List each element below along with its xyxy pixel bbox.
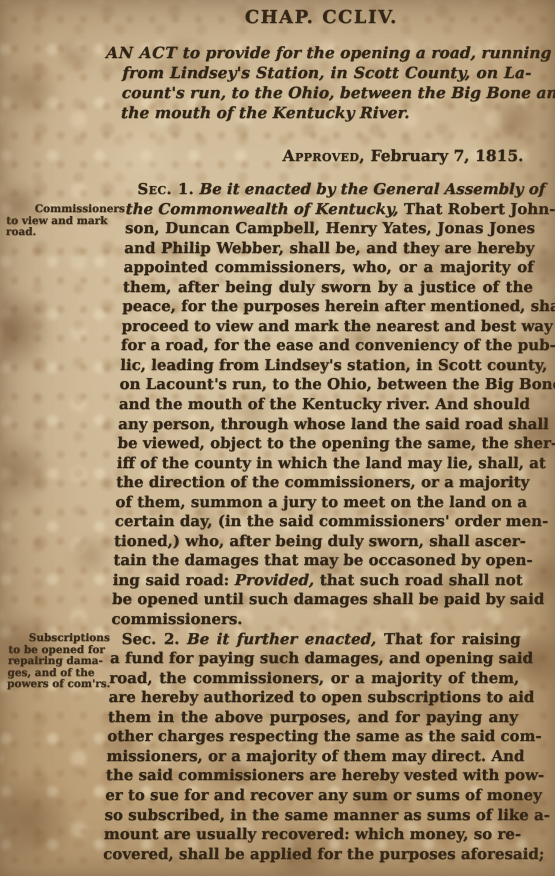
text-line: tain the damages that may be occasoned b…	[113, 551, 524, 571]
text-line: covered, shall be applied for the purpos…	[103, 845, 514, 865]
text-line: the mouth of the Kentucky River.	[104, 103, 531, 123]
text-line: Approved, February 7, 1815.	[127, 146, 524, 165]
text-line: count's run, to the Ohio, between the Bi…	[104, 83, 531, 103]
text-segment: commissioners.	[111, 610, 243, 628]
text-segment: Approved,	[282, 146, 365, 165]
text-line: the said commissioners are hereby vested…	[106, 766, 517, 786]
text-line: the direction of the commissioners, or a…	[116, 473, 527, 493]
text-line: and the mouth of the Kentucky river. And…	[119, 395, 530, 415]
text-segment: ing said road:	[112, 571, 235, 589]
chapter-heading: CHAP. CCLIV.	[109, 7, 534, 28]
text-line: mount are usually recovered: which money…	[104, 825, 515, 845]
text-line: powers of com'rs.	[7, 679, 121, 691]
scanned-book-page: CHAP. CCLIV. AN ACT to provide for the o…	[0, 0, 555, 876]
text-line: peace, for the purposes herein after men…	[122, 297, 533, 317]
text-line: them, after being duly sworn by a justic…	[123, 278, 534, 298]
text-segment: the mouth of the Kentucky River.	[121, 103, 410, 122]
text-line: other charges respecting the same as the…	[107, 727, 518, 747]
text-segment: Provided,	[235, 571, 315, 589]
text-line: any person, through whose land the said …	[118, 415, 529, 435]
text-line: Subscriptions	[8, 633, 122, 645]
text-line: them in the above purposes, and for payi…	[108, 708, 519, 728]
margin-note-commissioners: Commissionersto view and markroad.	[6, 204, 135, 239]
text-line: be viewed, object to the opening the sam…	[117, 434, 528, 454]
text-segment: That Robert John-	[398, 200, 555, 218]
text-line: proceed to view and mark the nearest and…	[121, 317, 532, 337]
text-segment: Be it further enacted,	[187, 630, 377, 648]
text-segment: Sec. 2.	[121, 630, 187, 648]
text-line: ing said road: Provided, that such road …	[112, 571, 523, 591]
text-line: missioners, or a majority of them may di…	[106, 747, 517, 767]
text-line: on Lacount's run, to the Ohio, between t…	[119, 375, 530, 395]
text-line: are hereby authorized to open subscripti…	[108, 688, 519, 708]
text-line: and Philip Webber, shall be, and they ar…	[124, 239, 535, 259]
text-line: from Lindsey's Station, in Scott County,…	[105, 63, 532, 83]
text-line: for a road, for the ease and conveniency…	[121, 336, 532, 356]
text-line: commissioners.	[111, 610, 522, 630]
text-segment: February 7, 1815.	[365, 146, 524, 165]
text-segment: the Commonwealth of Kentucky,	[125, 200, 398, 218]
text-line: appointed commissioners, who, or a major…	[123, 258, 534, 278]
text-line: Sec. 1. Be it enacted by the General Ass…	[126, 180, 537, 200]
text-line: Sec. 2. Be it further enacted, That for …	[110, 630, 521, 650]
text-line: certain day, (in the said commissioners'…	[114, 512, 525, 532]
text-line: lic, leading from Lindsey's station, in …	[120, 356, 531, 376]
text-line: road, the commissioners, or a majority o…	[109, 669, 520, 689]
text-line: so subscribed, in the same manner as sum…	[104, 806, 515, 826]
approval-line: Approved, February 7, 1815.	[127, 146, 524, 165]
text-segment: AN ACT	[106, 43, 178, 62]
text-segment: Be it enacted by the General Assembly of	[199, 180, 545, 198]
text-segment: to provide for the opening a road, runni…	[177, 43, 552, 62]
text-line: AN ACT to provide for the opening a road…	[106, 43, 533, 63]
text-line: of them, summon a jury to meet on the la…	[115, 493, 526, 513]
text-line: be opened until such damages shall be pa…	[112, 590, 523, 610]
text-segment: covered, shall be applied for the purpos…	[103, 845, 545, 863]
text-segment: That for raising	[376, 630, 521, 648]
text-line: son, Duncan Campbell, Henry Yates, Jonas…	[125, 219, 536, 239]
page-content: CHAP. CCLIV. AN ACT to provide for the o…	[0, 0, 555, 876]
text-line: iff of the county in which the land may …	[116, 454, 527, 474]
text-line: road.	[6, 227, 134, 239]
margin-note-subscriptions: Subscriptionsto be opened forrepairing d…	[7, 633, 123, 691]
act-body-text: Sec. 1. Be it enacted by the General Ass…	[103, 180, 537, 864]
text-line: a fund for paying such damages, and open…	[110, 649, 521, 669]
text-line: Commissioners	[6, 204, 134, 216]
act-title: AN ACT to provide for the opening a road…	[104, 43, 533, 123]
text-segment: that such road shall not	[314, 571, 523, 589]
text-line: tioned,) who, after being duly sworn, sh…	[114, 532, 525, 552]
text-segment: Sec. 1.	[137, 180, 195, 198]
text-line: er to sue for and recover any sum or sum…	[105, 786, 516, 806]
text-line: the Commonwealth of Kentucky, That Rober…	[125, 200, 536, 220]
